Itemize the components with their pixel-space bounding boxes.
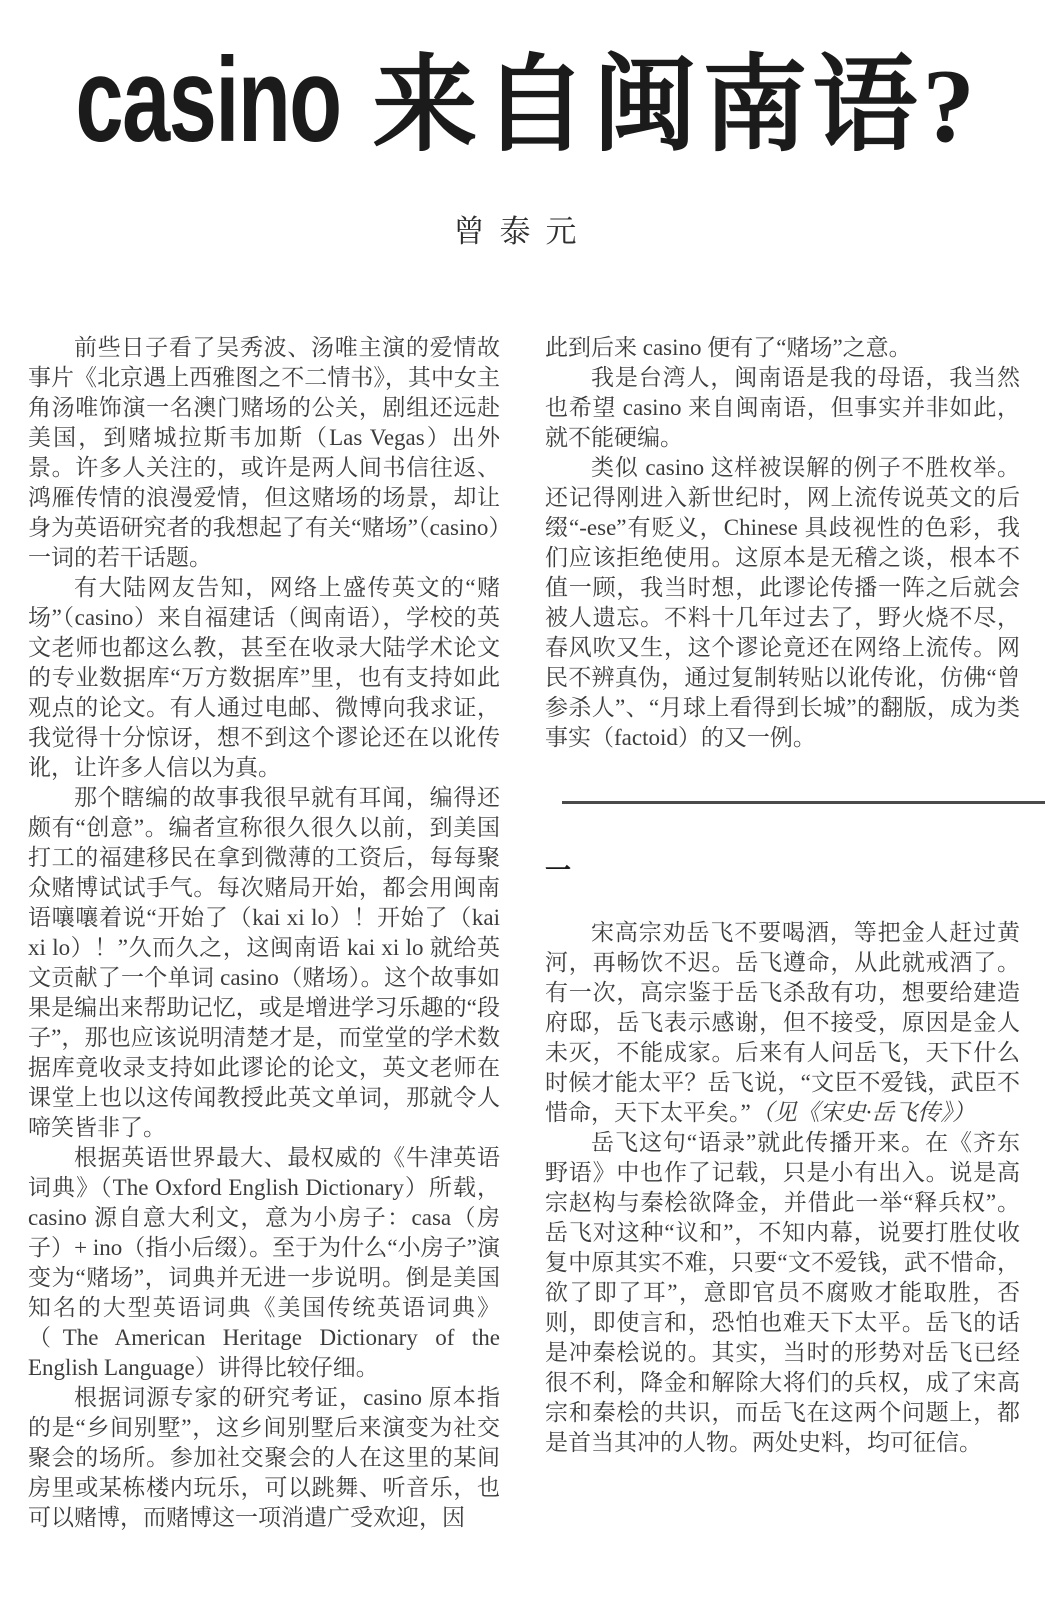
paragraph: 类似 casino 这样被误解的例子不胜枚举。还记得刚进入新世纪时，网上流传说英…: [545, 453, 1020, 753]
article-body: 前些日子看了吴秀波、汤唯主演的爱情故事片《北京遇上西雅图之不二情书》，其中女主角…: [28, 333, 1020, 1533]
author-byline: 曾泰元: [0, 210, 1045, 254]
left-column: 前些日子看了吴秀波、汤唯主演的爱情故事片《北京遇上西雅图之不二情书》，其中女主角…: [28, 333, 500, 1533]
article-page: casino来自闽南语? 曾泰元 前些日子看了吴秀波、汤唯主演的爱情故事片《北京…: [0, 0, 1045, 1600]
paragraph: 岳飞这句“语录”就此传播开来。在《齐东野语》中也作了记载，只是小有出入。说是高宗…: [545, 1128, 1020, 1458]
title-cjk-text: 来自闽南语: [372, 47, 922, 164]
paragraph: 根据英语世界最大、最权威的《牛津英语词典》（The Oxford English…: [28, 1143, 500, 1383]
citation: （见《宋史·岳飞传》）: [751, 1100, 975, 1125]
paragraph: 前些日子看了吴秀波、汤唯主演的爱情故事片《北京遇上西雅图之不二情书》，其中女主角…: [28, 333, 500, 573]
section-marker: 一: [545, 856, 1020, 886]
paragraph: 此到后来 casino 便有了“赌场”之意。: [545, 333, 1020, 363]
right-column-bottom: 宋高宗劝岳飞不要喝酒，等把金人赶过黄河，再畅饮不迟。岳飞遵命，从此就戒酒了。有一…: [545, 918, 1020, 1458]
section-divider: [562, 801, 1045, 804]
title-question-mark: ?: [922, 47, 975, 164]
right-column: 此到后来 casino 便有了“赌场”之意。我是台湾人，闽南语是我的母语，我当然…: [545, 333, 1020, 1533]
paragraph: 那个瞎编的故事我很早就有耳闻，编得还颇有“创意”。编者宣称很久很久以前，到美国打…: [28, 783, 500, 1143]
paragraph: 有大陆网友告知，网络上盛传英文的“赌场”（casino）来自福建话（闽南语），学…: [28, 573, 500, 783]
paragraph: 根据词源专家的研究考证，casino 原本指的是“乡间别墅”，这乡间别墅后来演变…: [28, 1383, 500, 1533]
article-title: casino来自闽南语?: [0, 40, 1045, 165]
paragraph: 宋高宗劝岳飞不要喝酒，等把金人赶过黄河，再畅饮不迟。岳飞遵命，从此就戒酒了。有一…: [545, 918, 1020, 1128]
paragraph: 我是台湾人，闽南语是我的母语，我当然也希望 casino 来自闽南语，但事实并非…: [545, 363, 1020, 453]
right-column-top: 此到后来 casino 便有了“赌场”之意。我是台湾人，闽南语是我的母语，我当然…: [545, 333, 1020, 753]
title-latin-word: casino: [76, 40, 341, 160]
